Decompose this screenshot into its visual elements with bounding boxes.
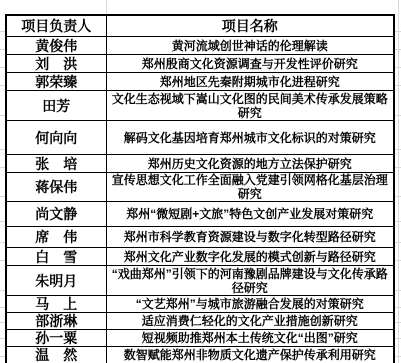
project-title-cell[interactable]: 郑州市科学教育资源建设与数字化转型路径研究: [106, 227, 394, 248]
project-title-cell[interactable]: 短视频助推郑州本土传统文化“出图”研究: [106, 330, 394, 347]
table-row: 田芳 文化生态视域下嵩山文化图的民间美术传承发展策略研究: [6, 91, 394, 121]
project-title-cell[interactable]: 解码文化基因培育郑州城市文化标识的对策研究: [106, 121, 394, 155]
project-leader-cell[interactable]: 席 伟: [6, 227, 106, 248]
project-leader-cell[interactable]: 尚文静: [6, 202, 106, 227]
table-row: 张 培 郑州历史文化资源的地方立法保护研究: [6, 155, 394, 173]
header-row: 项目负责人 项目名称: [6, 15, 394, 37]
sheet-gridline-top-vertical: [106, 0, 107, 14]
project-leader-cell[interactable]: 蒋保伟: [6, 173, 106, 202]
project-title-cell[interactable]: 文化生态视域下嵩山文化图的民间美术传承发展策略研究: [106, 91, 394, 121]
project-title-cell[interactable]: 郑州“微短剧+文旅”特色文创产业发展对策研究: [106, 202, 394, 227]
project-leader-cell[interactable]: 刘 洪: [6, 55, 106, 73]
table-row: 刘 洪 郑州殷商文化资源调查与开发性评价研究: [6, 55, 394, 73]
project-title-cell[interactable]: 郑州殷商文化资源调查与开发性评价研究: [106, 55, 394, 73]
table-row: 马 上 “文艺郑州”与城市旅游融合发展的对策研究: [6, 296, 394, 313]
table-row: 孙一粟 短视频助推郑州本土传统文化“出图”研究: [6, 330, 394, 347]
project-title-cell[interactable]: “文艺郑州”与城市旅游融合发展的对策研究: [106, 296, 394, 313]
table-row: 黄俊伟 黄河流域创世神话的伦理解读: [6, 37, 394, 55]
table-row: 郭荣臻 郑州地区先秦附期城市化进程研究: [6, 73, 394, 91]
table-row: 朱明月 “戏曲郑州”引领下的河南豫剧品牌建设与文化传承路径研究: [6, 266, 394, 296]
table-row: 蒋保伟 宣传思想文化工作全面融入党建引领网格化基层治理研究: [6, 173, 394, 202]
project-leader-cell[interactable]: 孙一粟: [6, 330, 106, 347]
project-title-cell[interactable]: 郑州文化产业数字化发展的模式创新与路径研究: [106, 248, 394, 266]
table-row: 何向向 解码文化基因培育郑州城市文化标识的对策研究: [6, 121, 394, 155]
project-title-cell[interactable]: 黄河流域创世神话的伦理解读: [106, 37, 394, 55]
project-leader-cell[interactable]: 部浙琳: [6, 313, 106, 330]
project-leader-cell[interactable]: 白 雪: [6, 248, 106, 266]
project-leader-cell[interactable]: 何向向: [6, 121, 106, 155]
project-leader-cell[interactable]: 郭荣臻: [6, 73, 106, 91]
sheet-gridline-right-vertical: [398, 0, 399, 363]
table-row: 温 然 数智赋能郑州非物质文化遗产保护传承利用研究: [6, 347, 394, 363]
table-row: 部浙琳 适应消费仁轻化的文化产业措施创新研究: [6, 313, 394, 330]
project-leader-cell[interactable]: 黄俊伟: [6, 37, 106, 55]
project-title-cell[interactable]: 数智赋能郑州非物质文化遗产保护传承利用研究: [106, 347, 394, 363]
header-project-leader[interactable]: 项目负责人: [6, 15, 106, 37]
table-row: 白 雪 郑州文化产业数字化发展的模式创新与路径研究: [6, 248, 394, 266]
table-row: 尚文静 郑州“微短剧+文旅”特色文创产业发展对策研究: [6, 202, 394, 227]
project-leader-cell[interactable]: 马 上: [6, 296, 106, 313]
project-title-cell[interactable]: 宣传思想文化工作全面融入党建引领网格化基层治理研究: [106, 173, 394, 202]
project-title-cell[interactable]: 适应消费仁轻化的文化产业措施创新研究: [106, 313, 394, 330]
table-row: 席 伟 郑州市科学教育资源建设与数字化转型路径研究: [6, 227, 394, 248]
project-leader-cell[interactable]: 朱明月: [6, 266, 106, 296]
project-leader-cell[interactable]: 温 然: [6, 347, 106, 363]
project-title-cell[interactable]: 郑州历史文化资源的地方立法保护研究: [106, 155, 394, 173]
project-title-cell[interactable]: 郑州地区先秦附期城市化进程研究: [106, 73, 394, 91]
project-leader-cell[interactable]: 张 培: [6, 155, 106, 173]
spreadsheet-canvas: { "table": { "headers": { "leader": "项目负…: [0, 0, 401, 363]
project-leader-cell[interactable]: 田芳: [6, 91, 106, 121]
results-table: 项目负责人 项目名称 黄俊伟 黄河流域创世神话的伦理解读 刘 洪 郑州殷商文化资…: [5, 14, 395, 363]
header-project-title[interactable]: 项目名称: [106, 15, 394, 37]
project-title-cell[interactable]: “戏曲郑州”引领下的河南豫剧品牌建设与文化传承路径研究: [106, 266, 394, 296]
